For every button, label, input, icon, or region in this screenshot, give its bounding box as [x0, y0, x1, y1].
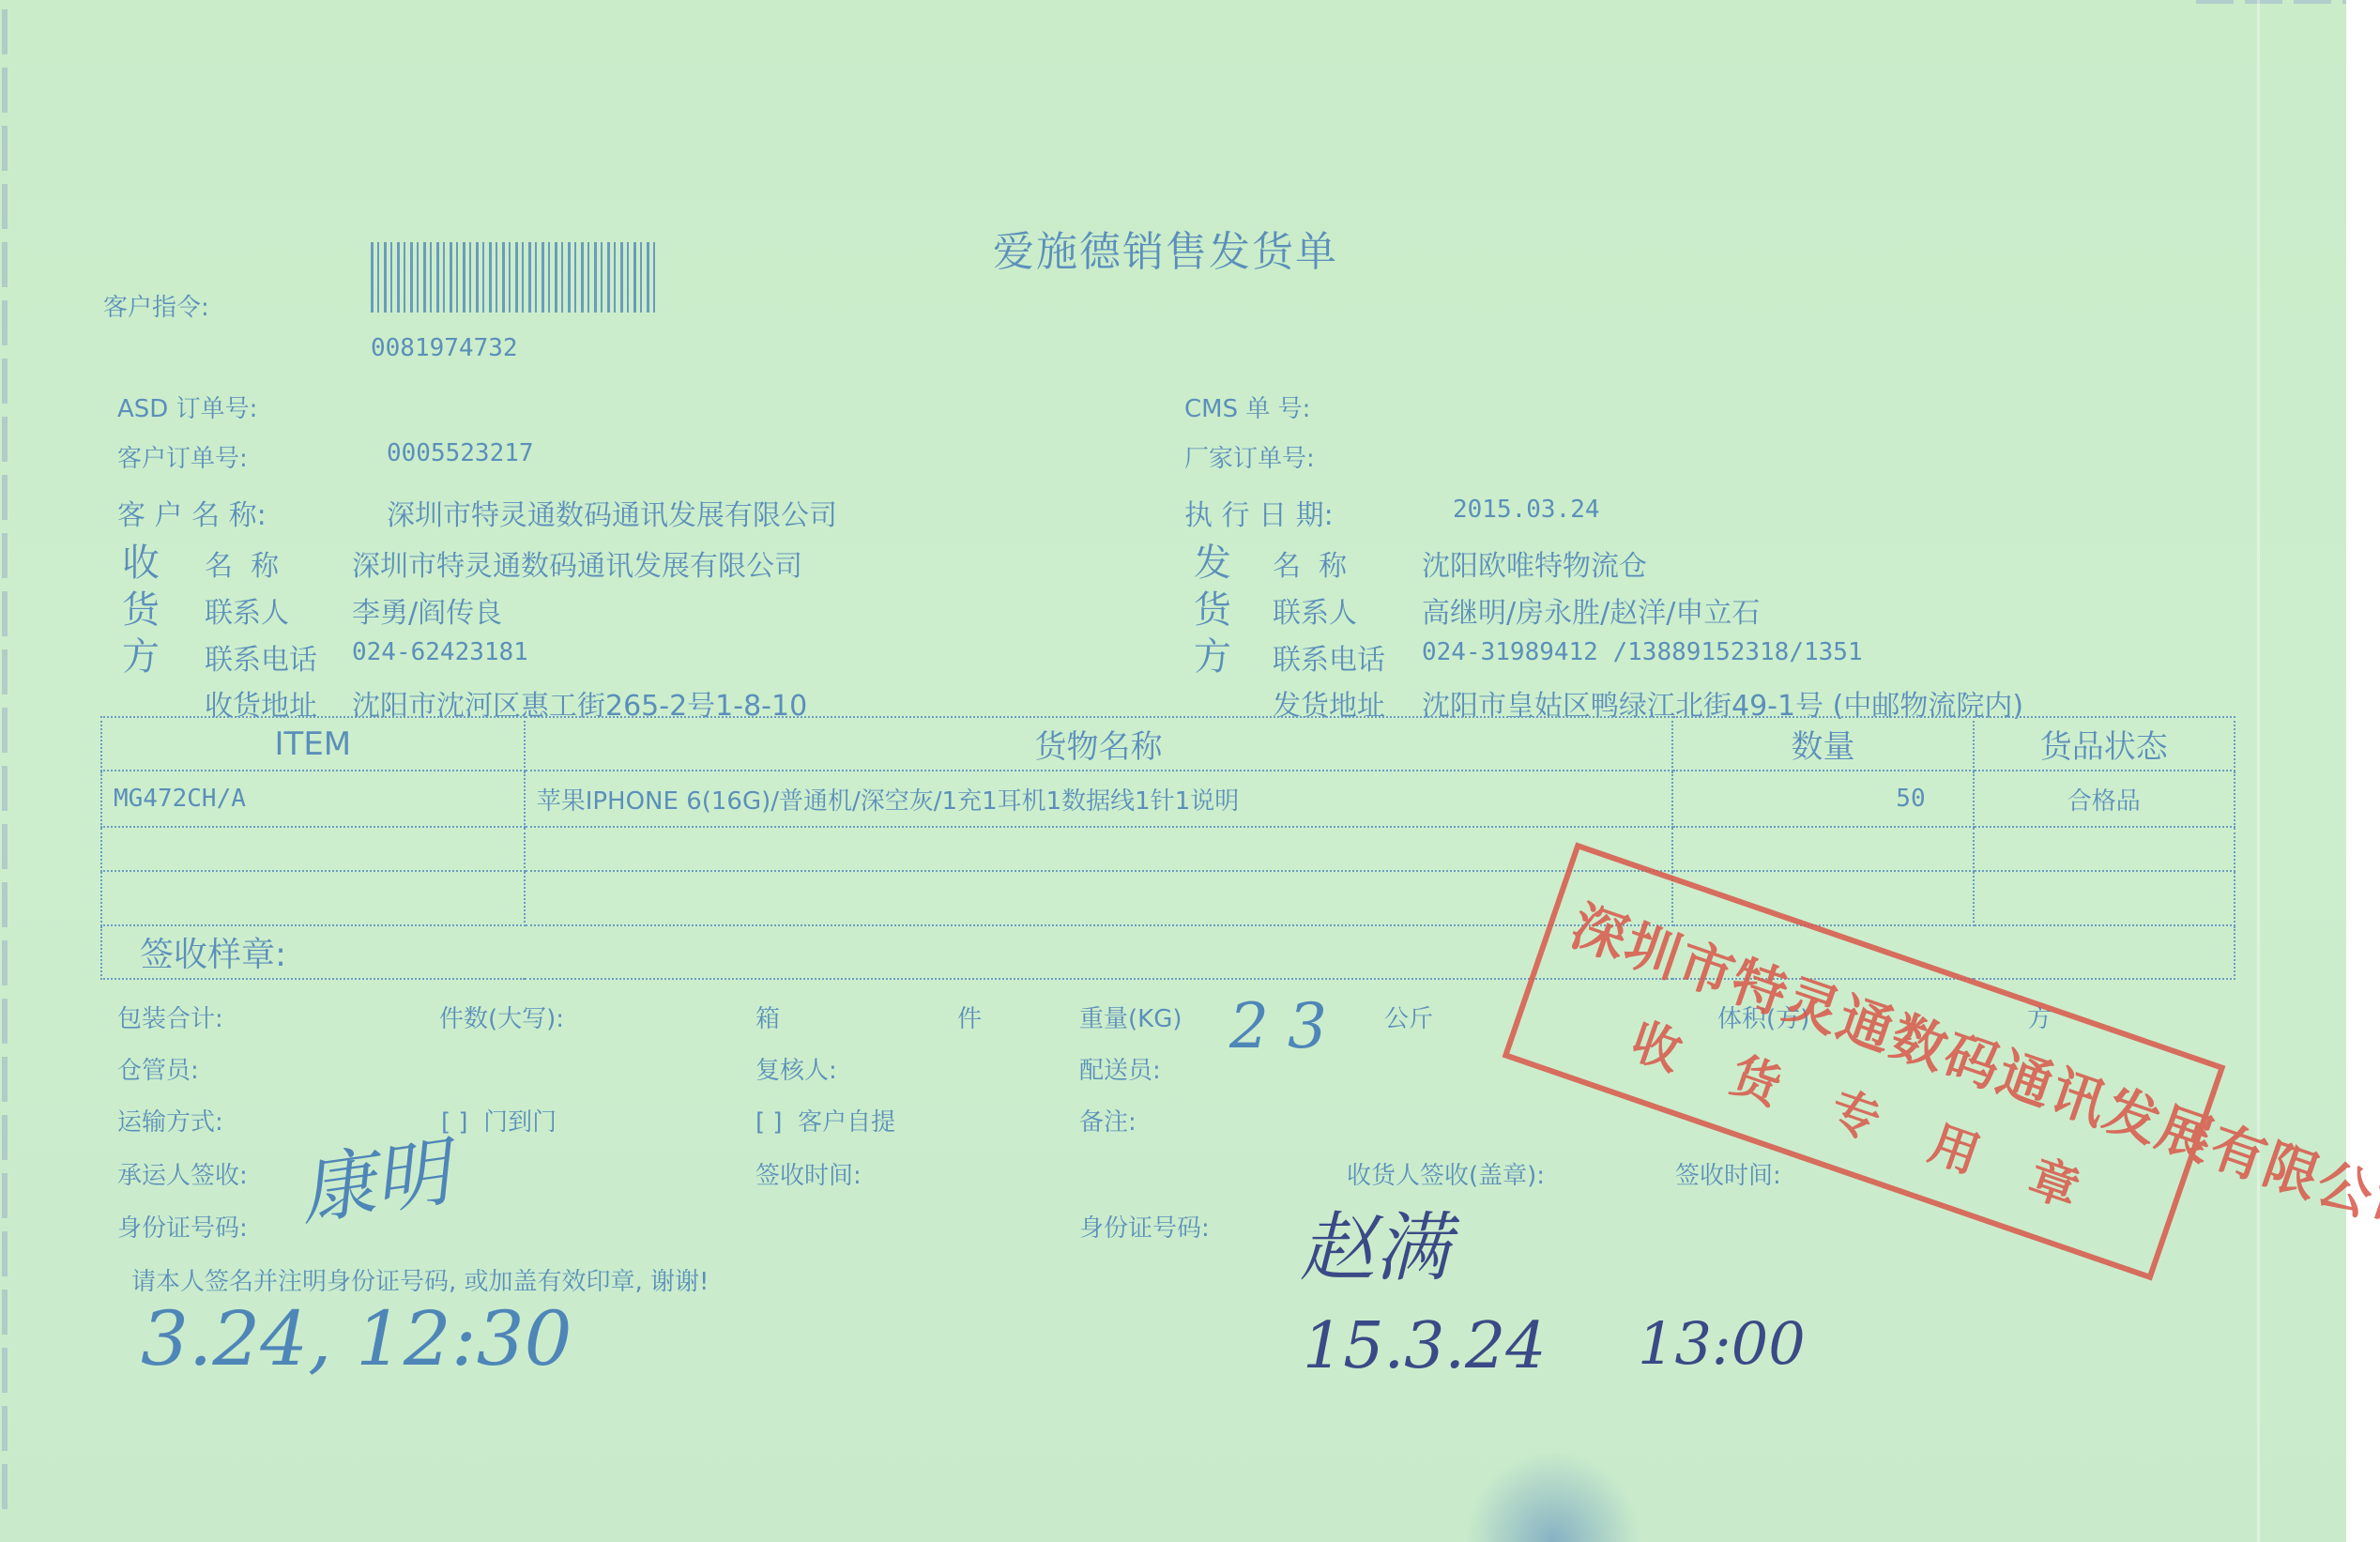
shipper-contact: 高继明/房永胜/赵洋/申立石 — [1422, 589, 1760, 631]
receiver-name-label: 名 称 — [205, 542, 279, 584]
barcode-number: 0081974732 — [371, 334, 518, 362]
customer-order-label: 客户订单号: — [117, 439, 248, 474]
asd-order-label: ASD 订单号: — [117, 389, 257, 424]
receiver-side-char-2: 货 — [122, 580, 160, 634]
row-status — [1974, 827, 2235, 871]
shipper-side-char-2: 货 — [1194, 580, 1231, 634]
id-number-label-right: 身份证号码: — [1079, 1209, 1210, 1244]
piece-count-label: 件数(大写): — [439, 1000, 564, 1034]
receiver-contact-label: 联系人 — [205, 589, 289, 631]
factory-order-label: 厂家订单号: — [1184, 439, 1315, 474]
left-perforation — [2, 9, 8, 1511]
piece-label: 件 — [957, 1000, 982, 1034]
customer-name-value: 深圳市特灵通数码通讯发展有限公司 — [387, 492, 837, 533]
id-number-label-left: 身份证号码: — [117, 1209, 248, 1244]
ink-smudge — [1464, 1450, 1642, 1542]
customer-order-value: 0005523217 — [387, 439, 534, 467]
remarks-label: 备注: — [1079, 1103, 1137, 1137]
receiver-phone-label: 联系电话 — [205, 636, 317, 678]
row-item: MG472CH/A — [101, 771, 525, 827]
door-to-door-option[interactable]: [ ] 门到门 — [441, 1103, 557, 1137]
shipper-side-char-3: 方 — [1194, 627, 1231, 680]
sign-time-label: 签收时间: — [755, 1156, 862, 1191]
self-pickup-option[interactable]: [ ] 客户自提 — [755, 1103, 895, 1137]
header-quantity: 数量 — [1672, 717, 1973, 771]
document-title: 爱施德销售发货单 — [993, 218, 1338, 278]
table-row: MG472CH/A 苹果IPHONE 6(16G)/普通机/深空灰/1充1耳机1… — [101, 771, 2235, 827]
shipper-contact-label: 联系人 — [1273, 589, 1357, 631]
receiver-side-char-3: 方 — [122, 627, 160, 680]
shipper-name: 沈阳欧唯特物流仓 — [1422, 542, 1647, 584]
checker-label: 复核人: — [755, 1051, 837, 1086]
header-status: 货品状态 — [1974, 717, 2235, 771]
box-label: 箱 — [755, 1000, 780, 1034]
customer-instruction-label: 客户指令: — [103, 288, 209, 323]
carrier-sign-label: 承运人签收: — [117, 1156, 248, 1191]
row-goods-name — [525, 827, 1673, 871]
weight-value: 23 — [1229, 990, 1346, 1062]
goods-table: ITEM 货物名称 数量 货品状态 MG472CH/A 苹果IPHONE 6(1… — [100, 716, 2235, 980]
carrier-datetime: 3.24, 12:30 — [141, 1295, 572, 1382]
row-status — [1974, 871, 2235, 925]
shipper-name-label: 名 称 — [1273, 542, 1347, 584]
cms-number-label: CMS 单 号: — [1184, 389, 1310, 424]
top-perforation — [2196, 0, 2346, 4]
goods-table-header: ITEM 货物名称 数量 货品状态 — [101, 717, 2235, 771]
row-goods-name — [525, 871, 1673, 925]
weight-label: 重量(KG) — [1079, 1000, 1182, 1034]
receiver-name: 深圳市特灵通数码通讯发展有限公司 — [352, 542, 802, 584]
header-goods-name: 货物名称 — [525, 717, 1673, 771]
consignee-sign-label: 收货人签收(盖章): — [1347, 1156, 1545, 1191]
row-item — [101, 871, 525, 925]
receiver-phone: 024-62423181 — [352, 638, 528, 666]
execution-date-value: 2015.03.24 — [1453, 496, 1600, 524]
row-status: 合格品 — [1974, 771, 2235, 827]
table-row — [101, 827, 2235, 871]
warehouse-keeper-label: 仓管员: — [117, 1051, 199, 1086]
shipper-side-char-1: 发 — [1194, 533, 1231, 587]
weight-unit: 公斤 — [1384, 1000, 1433, 1034]
signature-notice: 请本人签名并注明身份证号码, 或加盖有效印章, 谢谢! — [131, 1262, 709, 1297]
package-total-label: 包装合计: — [117, 1000, 223, 1034]
transport-label: 运输方式: — [117, 1103, 223, 1137]
execution-date-label: 执 行 日 期: — [1184, 492, 1334, 533]
dispatcher-label: 配送员: — [1079, 1051, 1161, 1086]
paper-crease — [2257, 0, 2260, 1542]
row-item — [101, 827, 525, 871]
receiver-side-char-1: 收 — [122, 533, 160, 587]
row-goods-name: 苹果IPHONE 6(16G)/普通机/深空灰/1充1耳机1数据线1针1说明 — [525, 771, 1673, 827]
consignee-time: 13:00 — [1638, 1309, 1806, 1378]
row-quantity — [1672, 827, 1973, 871]
consignee-signature: 赵满 — [1300, 1187, 1450, 1295]
row-quantity: 50 — [1672, 771, 1973, 827]
header-item: ITEM — [101, 717, 525, 771]
shipper-phone-label: 联系电话 — [1273, 636, 1385, 678]
barcode-icon — [371, 242, 660, 313]
customer-name-label: 客 户 名 称: — [117, 492, 267, 533]
carrier-signature: 康明 — [292, 1111, 455, 1239]
receiver-contact: 李勇/阎传良 — [352, 589, 502, 631]
consignee-sign-time-label: 签收时间: — [1675, 1156, 1781, 1191]
consignee-date: 15.3.24 — [1303, 1309, 1547, 1383]
table-row — [101, 871, 2235, 925]
shipper-phone: 024-31989412 /13889152318/1351 — [1422, 638, 1863, 666]
